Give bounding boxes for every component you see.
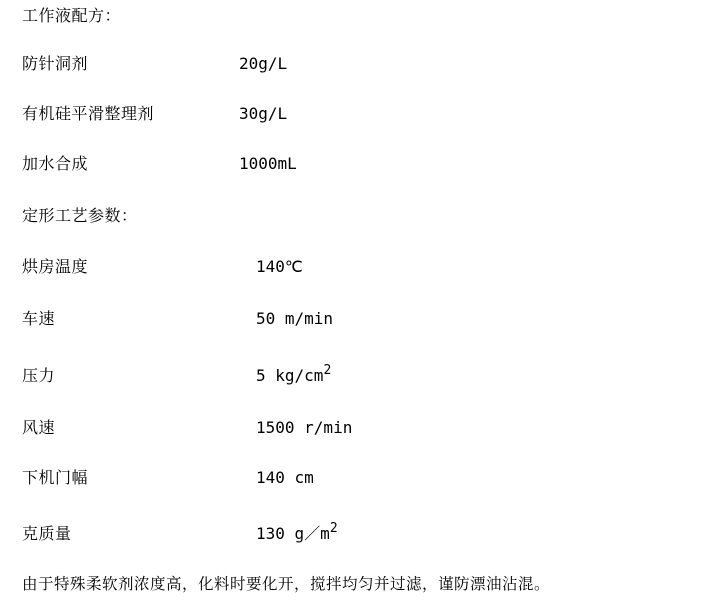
- document-page: 工作液配方： 防针洞剂 20g/L 有机硅平滑整理剂 30g/L 加水合成 10…: [0, 0, 708, 606]
- section-title-formula: 工作液配方：: [0, 6, 708, 26]
- parameter-row: 压力 5 kg/cm2: [0, 366, 708, 386]
- row-value: 30g/L: [239, 104, 287, 124]
- formula-row: 有机硅平滑整理剂 30g/L: [0, 104, 708, 124]
- parameter-row: 烘房温度 140℃: [0, 257, 708, 277]
- row-value: 140 cm: [256, 468, 314, 488]
- parameter-row: 车速 50 m/min: [0, 309, 708, 329]
- formula-row: 加水合成 1000mL: [0, 154, 708, 174]
- footnote: 由于特殊柔软剂浓度高，化料时要化开，搅拌均匀并过滤，谨防漂油沾混。: [22, 574, 550, 594]
- row-value: 1000mL: [239, 154, 297, 174]
- parameter-row: 下机门幅 140 cm: [0, 468, 708, 488]
- parameter-row: 风速 1500 r/min: [0, 418, 708, 438]
- value-superscript: 2: [330, 521, 338, 536]
- row-label: 克质量: [22, 524, 72, 544]
- parameter-row: 克质量 130 g／m2: [0, 524, 708, 544]
- section-title-text: 定形工艺参数：: [22, 206, 138, 226]
- row-value: 5 kg/cm2: [256, 366, 331, 386]
- row-value: 140℃: [256, 257, 303, 277]
- row-label: 烘房温度: [22, 257, 88, 277]
- row-value: 130 g／m2: [256, 524, 338, 544]
- row-label: 下机门幅: [22, 468, 88, 488]
- row-label: 压力: [22, 366, 55, 386]
- row-label: 防针洞剂: [22, 54, 88, 74]
- value-base: 130 g／m: [256, 524, 330, 543]
- row-label: 车速: [22, 309, 55, 329]
- row-label: 加水合成: [22, 154, 88, 174]
- row-value: 20g/L: [239, 54, 287, 74]
- row-value: 1500 r/min: [256, 418, 352, 438]
- row-label: 有机硅平滑整理剂: [22, 104, 154, 124]
- section-title-text: 工作液配方：: [22, 6, 121, 26]
- row-label: 风速: [22, 418, 55, 438]
- formula-row: 防针洞剂 20g/L: [0, 54, 708, 74]
- section-title-parameters: 定形工艺参数：: [0, 206, 708, 226]
- value-superscript: 2: [323, 363, 331, 378]
- value-base: 5 kg/cm: [256, 366, 323, 385]
- row-value: 50 m/min: [256, 309, 333, 329]
